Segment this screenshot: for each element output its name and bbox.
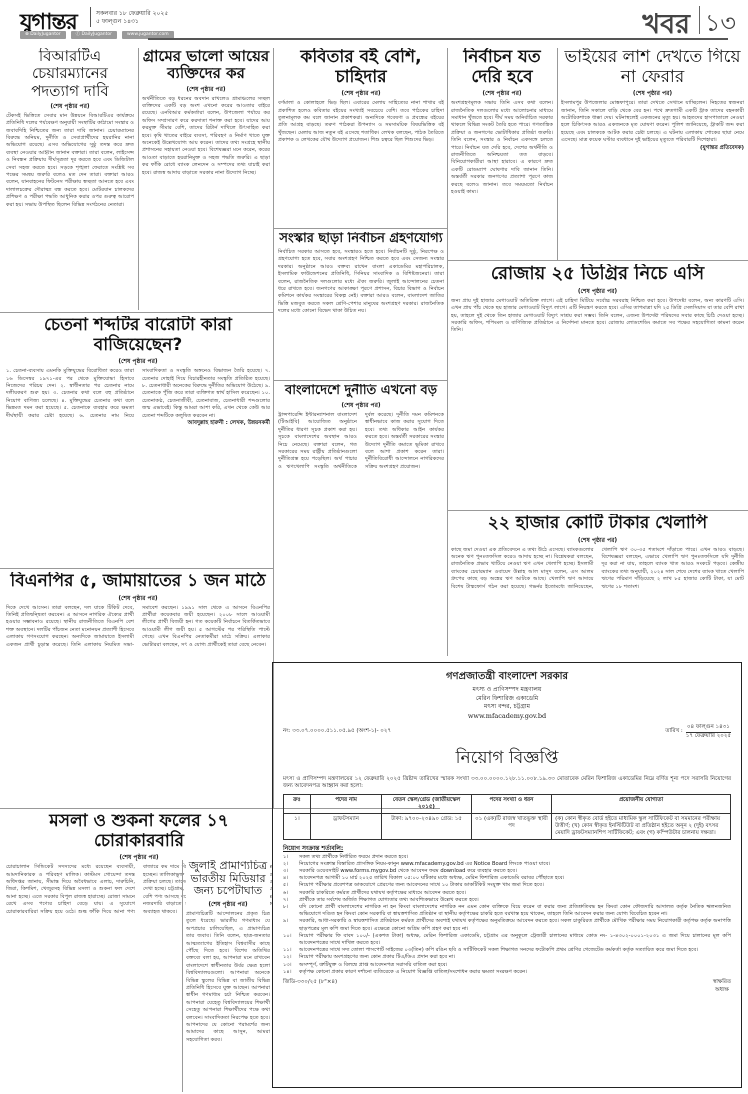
headline[interactable]: রোজায় ২৫ ডিগ্রির নিচে এসি (451, 264, 744, 285)
article-body: অর্থনীতিতে বড় ধরনের অবদান রাখলেও গ্রামা… (142, 96, 270, 177)
article-village-tax: গ্রামের ভালো আয়ের ব্যক্তিদের কর (শেষ পৃ… (142, 48, 270, 310)
article-chetona: চেতনা শব্দটির বারোটা কারা বাজিয়েছেন? (শ… (6, 316, 270, 566)
table-row: ১। ড্রাফটসম্যান টাকা: ৯৭০০-২৩৪৯০ গ্রেড: … (284, 813, 731, 839)
ad-date-bangla: ০৪ ফাল্গুন ১৪৩১ (686, 724, 731, 733)
headline[interactable]: চেতনা শব্দটির বারোটা কারা বাজিয়েছেন? (6, 316, 270, 355)
continued-label: (শেষ পৃষ্ঠার পর) (6, 593, 270, 604)
ad-date: তারিখ : ০৪ ফাল্গুন ১৪৩১ ১৭ ফেব্রুয়ারি ২… (665, 724, 731, 741)
article-body: কাছে জমা দেওয়া এক প্রতিবেদনে এ তথ্য উঠে… (451, 547, 744, 591)
condition-item: ৫।নিয়োগ পরীক্ষার প্রবেশপত্র ডাকযোগে প্র… (283, 882, 731, 889)
continued-label: (শেষ পৃষ্ঠার পর) (142, 84, 270, 95)
continued-label: (শেষ পৃষ্ঠার পর) (451, 286, 744, 297)
header-rule (148, 38, 728, 40)
date-bangla: ৫ ফাল্গুন ১৪৩১ (96, 16, 139, 27)
condition-item: ২।নিয়োগের সংক্রান্ত বিস্তারিত প্রাসঙ্গি… (283, 861, 731, 868)
ad-academy: মেরিন ফিশারিজ একাডেমি (283, 695, 731, 704)
row-divider (0, 312, 273, 313)
article-btrc: বিআরটিএ চেয়ারম্যানের পদত্যাগ দাবি (শেষ … (6, 48, 134, 310)
row-divider (273, 228, 447, 229)
continued-label: (শেষ পৃষ্ঠার পর) (278, 88, 444, 99)
article-body: ট্রান্সপারেন্সি ইন্টারন্যাশনাল বাংলাদেশ … (278, 412, 444, 471)
headline[interactable]: গ্রামের ভালো আয়ের ব্যক্তিদের কর (142, 48, 270, 83)
ad-reference-row: নং: ৩৩.০৭.০০০০.৫১১.০৫.৯৫ (অংশ-১)- ০২৭ তা… (283, 724, 731, 741)
byline: (যুগান্তর প্রতিবেদক) (561, 145, 744, 153)
ad-signature: স্বাক্ষরিত অধ্যক্ষ (713, 979, 731, 995)
row-divider (0, 568, 273, 569)
condition-item: ৮।যদি কোনো প্রার্থী বাংলাদেশের নাগরিক না… (283, 904, 731, 918)
ad-intro: মৎস্য ও প্রাণিসম্পদ মন্ত্রণালয়ের ১২ ফেব… (283, 776, 731, 791)
headline[interactable]: সংস্কার ছাড়া নির্বাচন গ্রহণযোগ্য (278, 232, 444, 247)
article-bnp-jamaat: বিএনপির ৫, জামায়াতের ১ জন মাঠে (শেষ পৃষ… (6, 572, 270, 806)
headline[interactable]: বিআরটিএ চেয়ারম্যানের পদত্যাগ দাবি (6, 48, 134, 100)
headline[interactable]: জুলাই প্রামাণ্যচিত্র ভারতীয় মিডিয়ার জন… (186, 860, 270, 898)
masthead: যুগান্তর সকলবার ১৮ ফেব্রুয়ারি ২০২৫ ৫ ফা… (0, 0, 748, 44)
row-divider (447, 510, 748, 511)
ad-ministry: মৎস্য ও প্রাণিসম্পদ মন্ত্রণালয় (283, 686, 731, 695)
ad-title: নিয়োগ বিজ্ঞপ্তি (283, 745, 731, 773)
section-title: খবর (642, 4, 690, 49)
article-body: টেকসই ভিত্তিতে সেবার মান উন্নয়নে বিআরটি… (6, 113, 134, 209)
ad-code: জিডি-৩৩০/২৫ (৮"×৪) (283, 979, 337, 995)
conditions-title: নিয়োগ সংক্রান্ত শর্তাবলি: (283, 843, 731, 854)
article-body: প্রামাণ্যচিত্রটি আন্দোলনের প্রকৃত চিত্র … (186, 911, 270, 1044)
headline[interactable]: বিএনপির ৫, জামায়াতের ১ জন মাঠে (6, 572, 270, 592)
continued-label: (শেষ পৃষ্ঠার পর) (451, 88, 553, 99)
logo-divider (90, 7, 91, 27)
continued-label: (শেষ পৃষ্ঠার পর) (6, 356, 270, 367)
ad-address: মৎস্য বন্দর, চট্টগ্রাম (283, 703, 731, 712)
continued-label: (শেষ পৃষ্ঠার পর) (186, 899, 270, 910)
condition-item: ১।সকল তথ্য প্রার্থীকে নির্ধারিত ফরমে প্র… (283, 854, 731, 861)
column-divider (557, 48, 558, 260)
condition-item: ৯।সরকারি, আধা-সরকারি ও স্বায়ত্তশাসিত প্… (283, 918, 731, 932)
facebook-link[interactable]: ⓕ DailyJugantor (71, 31, 117, 39)
page-number: ১৩ (705, 5, 736, 45)
ad-date-gregorian: ১৭ ফেব্রুয়ারি ২০২৫ (686, 733, 731, 741)
row-divider (273, 380, 447, 381)
continued-label: (শেষ পৃষ্ঠার পর) (278, 400, 444, 411)
article-body: জন্য প্রায় দুই হাজার মেগাওয়াট অতিরিক্ত… (451, 298, 744, 335)
article-election-delay: নির্বাচন যত দেরি হবে (শেষ পৃষ্ঠার পর) অং… (451, 48, 553, 258)
article-body: দিকে দেখে আসেন। তারা বলছেন, দল যাকে টিকি… (6, 605, 270, 649)
article-corruption: বাংলাদেশে দুর্নীতি এখনো বড় (শেষ পৃষ্ঠার… (278, 384, 444, 656)
article-july-documentary: জুলাই প্রামাণ্যচিত্র ভারতীয় মিডিয়ার জন… (186, 860, 270, 1090)
continued-label: (শেষ পৃষ্ঠার পর) (561, 88, 744, 99)
article-body: বর্ণমালা ও কোলাহলে ভিড় ছিল। এবারের মেলা… (278, 100, 444, 144)
conditions-list: ১।সকল তথ্য প্রার্থীকে নির্ধারিত ফরমে প্র… (283, 854, 731, 976)
headline[interactable]: ২২ হাজার কোটি টাকার খেলাপি (451, 514, 744, 534)
vacancy-table: ক্রঃ পদের নাম বেতন স্কেল/গ্রেড (জাতীয়স্… (283, 794, 731, 840)
article-body: ১. চেতনা-ব্যবসায় এমনকি মুক্তিযুদ্ধের বি… (6, 368, 270, 420)
article-poetry: কবিতার বই বেশি, চাহিদার (শেষ পৃষ্ঠার পর)… (278, 48, 444, 226)
byline: আবদুল্লাহ হারুনী : লেখক, উন্নয়নকর্মী (6, 420, 270, 428)
section-divider (699, 6, 700, 34)
table-header-row: ক্রঃ পদের নাম বেতন স্কেল/গ্রেড (জাতীয়স্… (284, 794, 731, 813)
headline[interactable]: কবিতার বই বেশি, চাহিদার (278, 48, 444, 87)
article-body: নির্বাচিত সরকার আসতে হবে, সংস্কারও হতে হ… (278, 249, 444, 316)
headline[interactable]: নির্বাচন যত দেরি হবে (451, 48, 553, 87)
column-divider (138, 48, 139, 310)
continued-label: (শেষ পৃষ্ঠার পর) (451, 535, 744, 546)
condition-item: ১০।নিয়োগ পরীক্ষার ফি বাবদ ১০০/- (একশত ট… (283, 933, 731, 947)
condition-item: ১৩।অসম্পূর্ণ, ত্রুটিযুক্ত ও বিলম্বে প্রা… (283, 962, 731, 969)
column-divider (447, 48, 448, 656)
article-body: ইসলামপুর উপজেলার মোস্তফাপুরে। তারা দেখতে… (561, 100, 744, 144)
article-ac-ramadan: রোজায় ২৫ ডিগ্রির নিচে এসি (শেষ পৃষ্ঠার … (451, 264, 744, 508)
headline[interactable]: ভাইয়ের লাশ দেখতে গিয়ে না ফেরার (561, 48, 744, 87)
continued-label: (শেষ পৃষ্ঠার পর) (6, 101, 134, 112)
condition-item: ১২।নিয়োগ পরীক্ষায় অংশগ্রহণের জন্য কোন … (283, 954, 731, 961)
headline[interactable]: মসলা ও শুকনা ফলের ১৭ চোরাকারবারি (6, 812, 272, 851)
condition-item: ১৪।কর্তৃপক্ষ কোনো প্রকার কারণ দর্শানো ব্… (283, 969, 731, 976)
condition-item: ৭।প্রার্থীকে তার সর্বশেষ অর্জিত শিক্ষাগত… (283, 897, 731, 904)
article-body: অংশগ্রহণমূলক সভায় তিনি এসব কথা বলেন। রা… (451, 100, 553, 196)
condition-item: ৬।সরকারি চাকরিতে কর্মরত প্রার্থীদের যথায… (283, 890, 731, 897)
row-divider (447, 260, 748, 261)
article-default-loans: ২২ হাজার কোটি টাকার খেলাপি (শেষ পৃষ্ঠার … (451, 514, 744, 656)
article-brother-body: ভাইয়ের লাশ দেখতে গিয়ে না ফেরার (শেষ পৃ… (561, 48, 744, 258)
job-advertisement: গণপ্রজাতন্ত্রী বাংলাদেশ সরকার মৎস্য ও প্… (272, 662, 742, 1088)
ad-website-link[interactable]: www.mfacademy.gov.bd (283, 712, 731, 720)
column-divider (182, 860, 183, 1092)
headline[interactable]: বাংলাদেশে দুর্নীতি এখনো বড় (278, 384, 444, 399)
ad-government: গণপ্রজাতন্ত্রী বাংলাদেশ সরকার (283, 669, 731, 686)
ad-footer: জিডি-৩৩০/২৫ (৮"×৪) স্বাক্ষরিত অধ্যক্ষ (283, 979, 731, 995)
ad-reference: নং: ৩৩.০৭.০০০০.৫১১.০৫.৯৫ (অংশ-১)- ০২৭ (283, 728, 391, 736)
twitter-link[interactable]: ⊗ DailyJugantor (20, 31, 66, 39)
article-reform-election: সংস্কার ছাড়া নির্বাচন গ্রহণযোগ্য নির্বা… (278, 232, 444, 378)
